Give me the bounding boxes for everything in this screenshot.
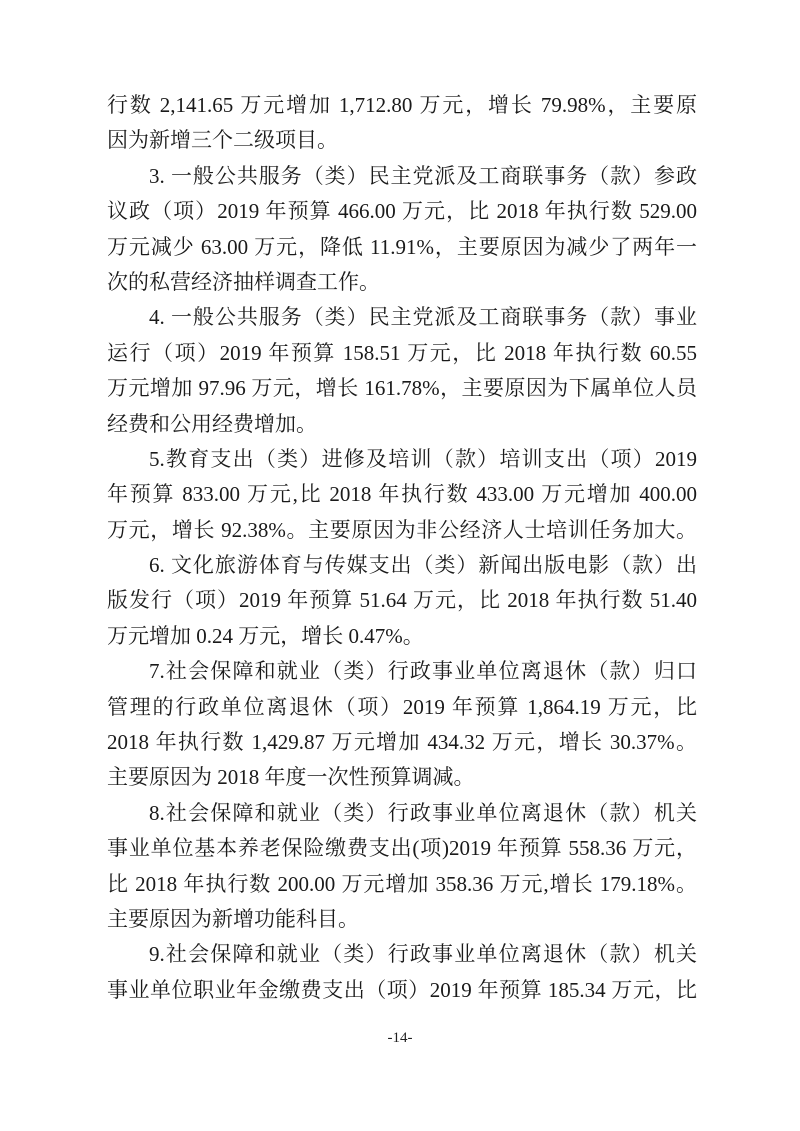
- text-line: 3. 一般公共服务（类）民主党派及工商联事务（款）参政: [107, 159, 697, 194]
- text-line: 版发行（项）2019 年预算 51.64 万元，比 2018 年执行数 51.4…: [107, 583, 697, 618]
- text-line: 事业单位基本养老保险缴费支出(项)2019 年预算 558.36 万元，: [107, 831, 697, 866]
- text-line: 经费和公用经费增加。: [107, 407, 697, 442]
- text-line: 6. 文化旅游体育与传媒支出（类）新闻出版电影（款）出: [107, 548, 697, 583]
- body-text: 行数 2,141.65 万元增加 1,712.80 万元，增长 79.98%，主…: [107, 88, 697, 1008]
- text-line: 事业单位职业年金缴费支出（项）2019 年预算 185.34 万元，比: [107, 973, 697, 1008]
- page-number: -14-: [0, 1030, 800, 1047]
- text-line: 7.社会保障和就业（类）行政事业单位离退休（款）归口: [107, 654, 697, 689]
- text-line: 行数 2,141.65 万元增加 1,712.80 万元，增长 79.98%，主…: [107, 88, 697, 123]
- document-page: 行数 2,141.65 万元增加 1,712.80 万元，增长 79.98%，主…: [0, 0, 800, 1131]
- text-line: 2018 年执行数 1,429.87 万元增加 434.32 万元，增长 30.…: [107, 725, 697, 760]
- text-line: 5.教育支出（类）进修及培训（款）培训支出（项）2019: [107, 442, 697, 477]
- text-line: 比 2018 年执行数 200.00 万元增加 358.36 万元,增长 179…: [107, 867, 697, 902]
- text-line: 主要原因为 2018 年度一次性预算调减。: [107, 760, 697, 795]
- text-line: 万元增加 0.24 万元，增长 0.47%。: [107, 619, 697, 654]
- text-line: 年预算 833.00 万元,比 2018 年执行数 433.00 万元增加 40…: [107, 477, 697, 512]
- text-line: 主要原因为新增功能科目。: [107, 902, 697, 937]
- text-line: 议政（项）2019 年预算 466.00 万元，比 2018 年执行数 529.…: [107, 194, 697, 229]
- text-line: 管理的行政单位离退休（项）2019 年预算 1,864.19 万元，比: [107, 690, 697, 725]
- text-line: 9.社会保障和就业（类）行政事业单位离退休（款）机关: [107, 937, 697, 972]
- text-line: 4. 一般公共服务（类）民主党派及工商联事务（款）事业: [107, 300, 697, 335]
- text-line: 万元增加 97.96 万元，增长 161.78%，主要原因为下属单位人员: [107, 371, 697, 406]
- text-line: 因为新增三个二级项目。: [107, 123, 697, 158]
- text-line: 万元减少 63.00 万元，降低 11.91%，主要原因为减少了两年一: [107, 230, 697, 265]
- text-line: 次的私营经济抽样调查工作。: [107, 265, 697, 300]
- text-line: 万元，增长 92.38%。主要原因为非公经济人士培训任务加大。: [107, 513, 697, 548]
- text-line: 运行（项）2019 年预算 158.51 万元，比 2018 年执行数 60.5…: [107, 336, 697, 371]
- text-line: 8.社会保障和就业（类）行政事业单位离退休（款）机关: [107, 796, 697, 831]
